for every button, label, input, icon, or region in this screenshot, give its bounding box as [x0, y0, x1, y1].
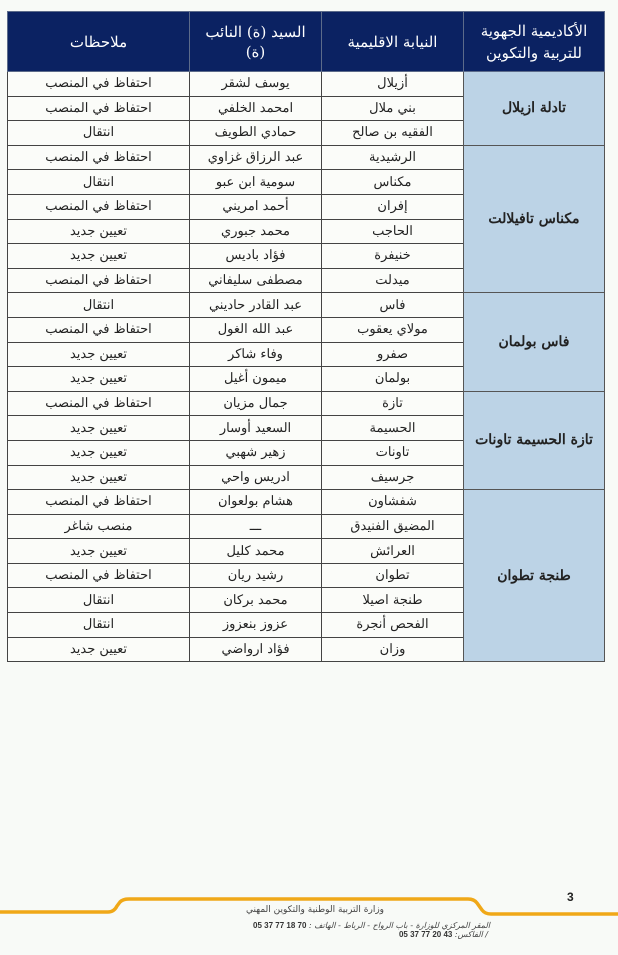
note-cell: احتفاظ في المنصب: [8, 145, 190, 170]
directorate-cell: الفقيه بن صالح: [322, 121, 464, 146]
directorate-cell: أزيلال: [322, 72, 464, 97]
directorate-cell: المضيق الفنيدق: [322, 514, 464, 539]
note-cell: انتقال: [8, 588, 190, 613]
delegate-cell: السعيد أوسار: [190, 416, 322, 441]
directorate-cell: فاس: [322, 293, 464, 318]
ministry-address: المقر المركزي للوزارة - باب الرواح - الر…: [110, 921, 490, 939]
table-row: مكناس تافيلالتالرشيديةعبد الرزاق غزاوياح…: [8, 145, 605, 170]
directorate-cell: الحاجب: [322, 219, 464, 244]
table-row: تادلة ازيلالأزيلاليوسف لشقراحتفاظ في الم…: [8, 72, 605, 97]
directorate-cell: صفرو: [322, 342, 464, 367]
note-cell: احتفاظ في المنصب: [8, 72, 190, 97]
directorate-cell: العرائش: [322, 539, 464, 564]
note-cell: تعيين جديد: [8, 539, 190, 564]
table-row: طنجة تطوانشفشاونهشام بولعواناحتفاظ في ال…: [8, 490, 605, 515]
delegate-cell: مصطفى سليفاني: [190, 268, 322, 293]
delegate-cell: محمد جبوري: [190, 219, 322, 244]
address-text: المقر المركزي للوزارة - باب الرواح - الر…: [309, 921, 490, 930]
note-cell: تعيين جديد: [8, 342, 190, 367]
phone-number: 05 37 77 18 70: [253, 921, 306, 930]
note-cell: احتفاظ في المنصب: [8, 268, 190, 293]
directorate-cell: إفران: [322, 194, 464, 219]
note-cell: انتقال: [8, 170, 190, 195]
directorate-cell: جرسيف: [322, 465, 464, 490]
delegate-cell: محمد كليل: [190, 539, 322, 564]
page-number: 3: [567, 890, 574, 904]
note-cell: تعيين جديد: [8, 367, 190, 392]
directorate-cell: بولمان: [322, 367, 464, 392]
note-cell: انتقال: [8, 121, 190, 146]
header-academy: الأكاديمية الجهوية للتربية والتكوين: [464, 12, 605, 72]
delegate-cell: امحمد الخلفي: [190, 96, 322, 121]
delegate-cell: عزوز بنعزوز: [190, 613, 322, 638]
delegate-cell: يوسف لشقر: [190, 72, 322, 97]
note-cell: انتقال: [8, 613, 190, 638]
delegate-cell: سومية ابن عبو: [190, 170, 322, 195]
header-notes: ملاحظات: [8, 12, 190, 72]
delegate-cell: عبد الرزاق غزاوي: [190, 145, 322, 170]
delegate-cell: ادريس واحي: [190, 465, 322, 490]
delegate-cell: أحمد امريني: [190, 194, 322, 219]
directorate-cell: الرشيدية: [322, 145, 464, 170]
appointments-table: الأكاديمية الجهوية للتربية والتكوين الني…: [7, 11, 605, 662]
note-cell: تعيين جديد: [8, 219, 190, 244]
delegate-cell: فؤاد ارواضي: [190, 637, 322, 662]
note-cell: تعيين جديد: [8, 416, 190, 441]
academy-cell: فاس بولمان: [464, 293, 605, 391]
note-cell: انتقال: [8, 293, 190, 318]
fax-number: 05 37 77 20 43: [399, 930, 452, 939]
directorate-cell: الحسيمة: [322, 416, 464, 441]
directorate-cell: ميدلت: [322, 268, 464, 293]
header-delegate: السيد (ة) النائب (ة): [190, 12, 322, 72]
note-cell: احتفاظ في المنصب: [8, 391, 190, 416]
delegate-cell: ميمون أغيل: [190, 367, 322, 392]
delegate-cell: فؤاد باديس: [190, 244, 322, 269]
directorate-cell: تطوان: [322, 563, 464, 588]
delegate-cell: محمد بركان: [190, 588, 322, 613]
academy-cell: تازة الحسيمة تاونات: [464, 391, 605, 489]
directorate-cell: مولاي يعقوب: [322, 317, 464, 342]
directorate-cell: وزان: [322, 637, 464, 662]
header-directorate: النيابة الاقليمية: [322, 12, 464, 72]
directorate-cell: خنيفرة: [322, 244, 464, 269]
academy-cell: طنجة تطوان: [464, 490, 605, 662]
note-cell: تعيين جديد: [8, 244, 190, 269]
note-cell: تعيين جديد: [8, 637, 190, 662]
table-row: فاس بولمانفاسعبد القادر حادينيانتقال: [8, 293, 605, 318]
directorate-cell: طنجة اصيلا: [322, 588, 464, 613]
delegate-cell: ـــ: [190, 514, 322, 539]
note-cell: احتفاظ في المنصب: [8, 96, 190, 121]
delegate-cell: هشام بولعوان: [190, 490, 322, 515]
note-cell: احتفاظ في المنصب: [8, 563, 190, 588]
ministry-name: وزارة التربية الوطنية والتكوين المهني: [150, 905, 480, 915]
delegate-cell: وفاء شاكر: [190, 342, 322, 367]
directorate-cell: شفشاون: [322, 490, 464, 515]
delegate-cell: عبد القادر حاديني: [190, 293, 322, 318]
directorate-cell: مكناس: [322, 170, 464, 195]
academy-cell: تادلة ازيلال: [464, 72, 605, 146]
academy-cell: مكناس تافيلالت: [464, 145, 605, 293]
directorate-cell: تاونات: [322, 440, 464, 465]
delegate-cell: عبد الله الغول: [190, 317, 322, 342]
note-cell: احتفاظ في المنصب: [8, 490, 190, 515]
table-row: تازة الحسيمة تاوناتتازةجمال مزياناحتفاظ …: [8, 391, 605, 416]
note-cell: منصب شاغر: [8, 514, 190, 539]
directorate-cell: بني ملال: [322, 96, 464, 121]
table-header-row: الأكاديمية الجهوية للتربية والتكوين الني…: [8, 12, 605, 72]
table-body: تادلة ازيلالأزيلاليوسف لشقراحتفاظ في الم…: [8, 72, 605, 662]
delegate-cell: زهير شهبي: [190, 440, 322, 465]
note-cell: تعيين جديد: [8, 440, 190, 465]
delegate-cell: حمادي الطويف: [190, 121, 322, 146]
delegate-cell: جمال مزيان: [190, 391, 322, 416]
note-cell: احتفاظ في المنصب: [8, 317, 190, 342]
note-cell: احتفاظ في المنصب: [8, 194, 190, 219]
delegate-cell: رشيد ريان: [190, 563, 322, 588]
note-cell: تعيين جديد: [8, 465, 190, 490]
fax-label: / الفاكس:: [455, 930, 490, 939]
directorate-cell: تازة: [322, 391, 464, 416]
directorate-cell: الفحص أنجرة: [322, 613, 464, 638]
